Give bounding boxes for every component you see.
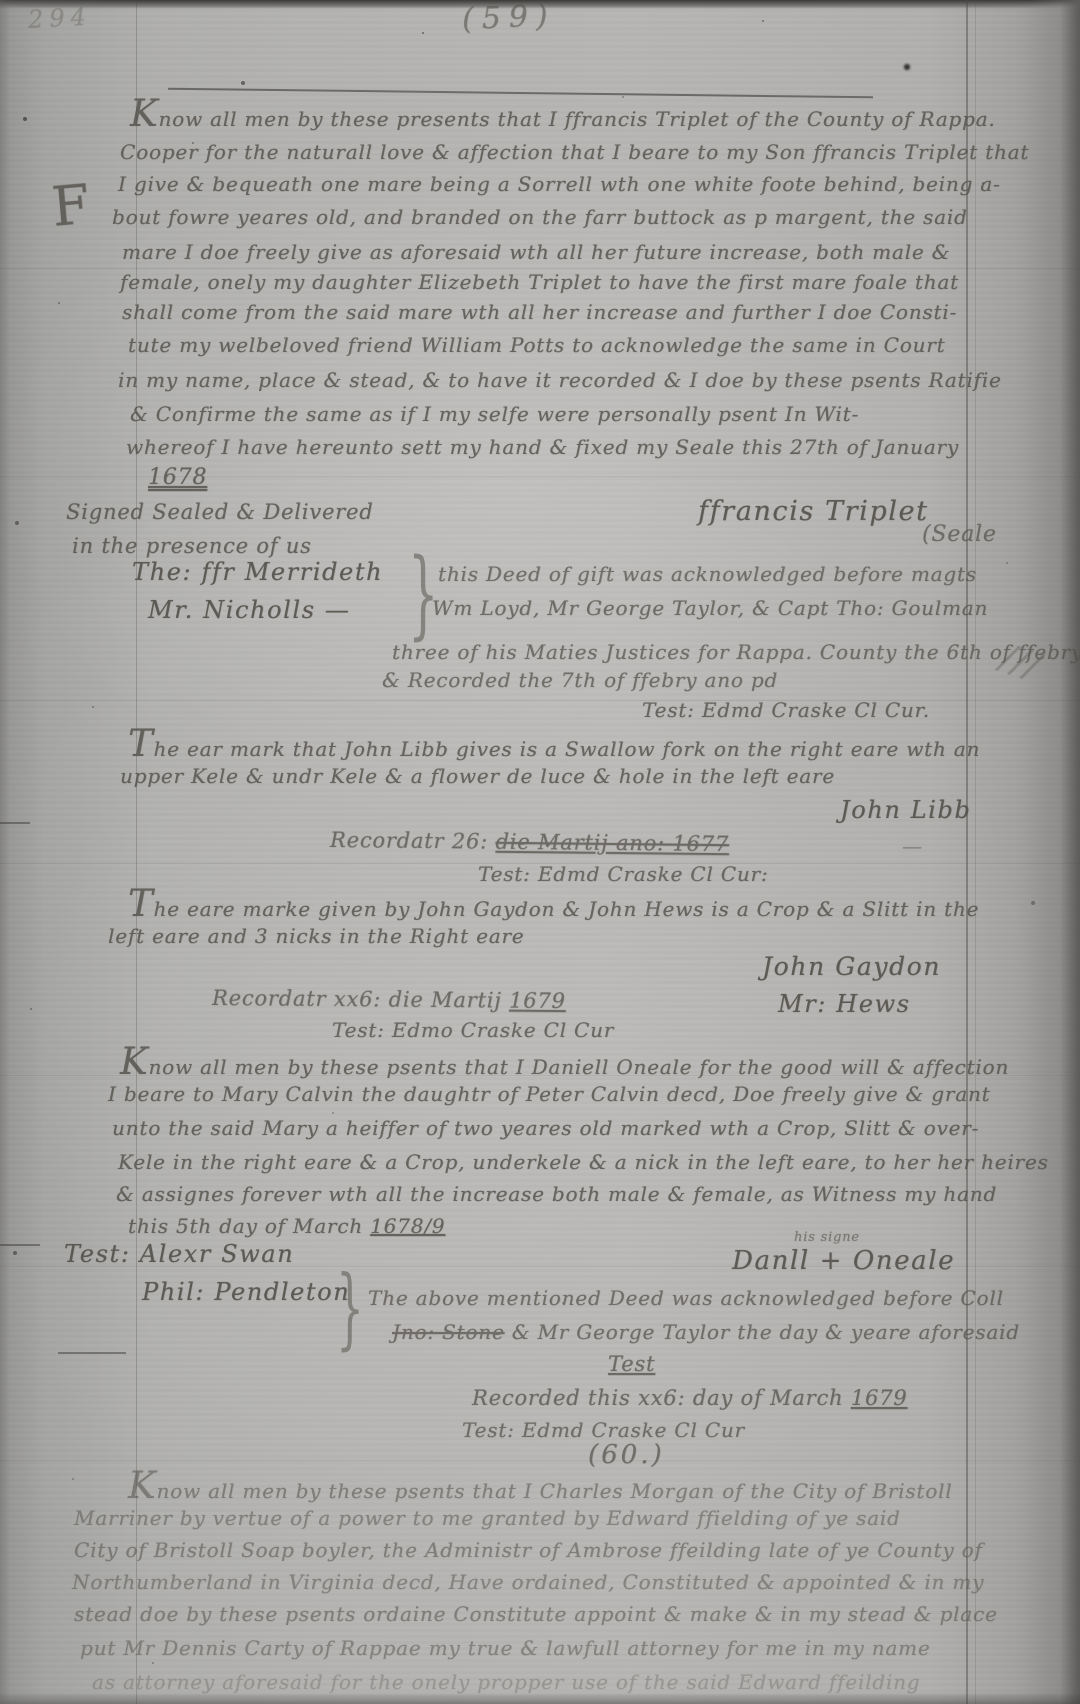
manuscript-line: The eare marke given by John Gaydon & Jo…: [128, 890, 979, 921]
recorded-prefix: Recordatr 26:: [330, 828, 496, 854]
struck-name-stone: Jno: Stone: [392, 1320, 505, 1344]
page-edge-line-right-faint: [975, 0, 976, 1704]
manuscript-line: unto the said Mary a heiffer of two year…: [112, 1116, 979, 1140]
manuscript-line: & assignes forever wth all the increase …: [116, 1182, 997, 1206]
manuscript-line: as attorney aforesaid for the onely prop…: [92, 1670, 920, 1694]
manuscript-line: City of Bristoll Soap boyler, the Admini…: [74, 1538, 983, 1562]
film-specks: [0, 0, 2, 2]
manuscript-line: Cooper for the naturall love & affection…: [120, 140, 1029, 164]
manuscript-line: shall come from the said mare wth all he…: [122, 300, 957, 324]
recorded-year: 1679: [851, 1386, 908, 1410]
recorded-prefix: Recordatr xx6: die Martij: [212, 986, 509, 1013]
test-word: Test: [608, 1352, 655, 1376]
acknowledgment-line: The above mentioned Deed was acknowledge…: [368, 1286, 1004, 1310]
manuscript-line: whereof I have hereunto sett my hand & f…: [126, 435, 959, 459]
recorded-struck-date: die Martij ano: 1677: [495, 830, 729, 856]
acknowledgment-line: Wm Loyd, Mr George Taylor, & Capt Tho: G…: [432, 596, 988, 620]
film-edge-left: [0, 0, 10, 1704]
manuscript-line: The ear mark that John Libb gives is a S…: [128, 730, 980, 761]
margin-dash: [58, 1352, 126, 1354]
seal-note: (Seale: [922, 522, 997, 547]
margin-dash: [0, 822, 30, 824]
signature-daniell-oneale: Danll + Oneale: [732, 1246, 955, 1276]
mark-label: his signe: [794, 1230, 860, 1245]
manuscript-line: Know all men by these presents that I ff…: [130, 100, 996, 131]
manuscript-line: tute my welbeloved friend William Potts …: [128, 333, 945, 357]
manuscript-line: I beare to Mary Calvin the daughtr of Pe…: [108, 1082, 990, 1106]
scan-streak: [0, 1460, 1080, 1461]
witness-bracket: }: [408, 538, 439, 650]
witness-alex-swan: Test: Alexr Swan: [64, 1240, 294, 1268]
recorded-line-dash: —: [902, 834, 923, 858]
manuscript-scan-page: 294 (59) F Know all men by these present…: [0, 0, 1080, 1704]
manuscript-line: left eare and 3 nicks in the Right eare: [108, 924, 524, 948]
deed-year: 1678: [148, 465, 207, 490]
margin-letter-f: F: [49, 173, 93, 239]
manuscript-line: put Mr Dennis Carty of Rappae my true & …: [80, 1636, 930, 1660]
witness-phil-pendleton: Phil: Pendleton: [142, 1278, 350, 1306]
signature-hews: Mr: Hews: [778, 990, 911, 1018]
clerk-test-line: Test: Edmd Craske Cl Cur: [462, 1418, 745, 1442]
deed-date-line: this 5th day of March 1678/9: [128, 1214, 445, 1238]
manuscript-line: Marriner by vertue of a power to me gran…: [74, 1506, 901, 1530]
folio-number: (59): [461, 0, 556, 37]
manuscript-line: I give & bequeath one mare being a Sorre…: [118, 172, 1001, 196]
recorded-prefix: Recorded this xx6: day of March: [472, 1386, 851, 1410]
recorded-line: Recordatr 26: die Martij ano: 1677: [330, 828, 729, 856]
recorded-line: Recorded this xx6: day of March 1679: [472, 1386, 907, 1410]
date-year: 1678/9: [370, 1214, 445, 1238]
manuscript-line: mare I doe freely give as aforesaid wth …: [122, 240, 950, 264]
acknowledgment-line: & Recorded the 7th of ffebry ano pd: [382, 668, 778, 692]
signed-sealed-line: Signed Sealed & Delivered: [66, 500, 373, 524]
page-edge-line-right: [966, 0, 968, 1704]
folio-number-2: (60.): [588, 1440, 665, 1470]
manuscript-line: Kele in the right eare & a Crop, underke…: [118, 1150, 1049, 1174]
acknowledgment-line: three of his Maties Justices for Rappa. …: [392, 640, 1080, 664]
manuscript-line: bout fowre yeares old, and branded on th…: [112, 205, 968, 229]
manuscript-line: & Confirme the same as if I my selfe wer…: [130, 402, 859, 426]
clerk-test-line: Test: Edmo Craske Cl Cur: [332, 1018, 614, 1042]
witness-merrideth: The: ffr Merrideth: [132, 558, 383, 586]
signature-francis-triplet: ffrancis Triplet: [698, 496, 928, 527]
clerk-test-line: Test: Edmd Craske Cl Cur:: [478, 862, 768, 886]
clerk-test-line: Test: Edmd Craske Cl Cur.: [642, 698, 930, 722]
recorded-line: Recordatr xx6: die Martij 1679: [212, 986, 566, 1013]
acknowledgment-rest: & Mr George Taylor the day & yeare afore…: [505, 1320, 1020, 1344]
witness-bracket: }: [336, 1256, 364, 1359]
manuscript-line: female, onely my daughter Elizebeth Trip…: [120, 270, 959, 294]
recorded-year: 1679: [509, 989, 566, 1013]
manuscript-line: Know all men by these psents that I Dani…: [120, 1048, 1009, 1079]
manuscript-line: Northumberland in Virginia decd, Have or…: [72, 1570, 984, 1594]
presence-line: in the presence of us: [72, 534, 312, 558]
margin-dash: [0, 1244, 40, 1246]
film-frame-number: 294: [27, 3, 92, 34]
manuscript-line: stead doe by these psents ordaine Consti…: [74, 1602, 998, 1626]
acknowledgment-line: Jno: Stone & Mr George Taylor the day & …: [392, 1320, 1020, 1344]
film-edge-right: [1030, 0, 1080, 1704]
manuscript-line: Know all men by these psents that I Char…: [128, 1472, 952, 1503]
date-prefix: this 5th day of March: [128, 1214, 370, 1238]
acknowledgment-line: this Deed of gift was acknowledged befor…: [438, 562, 977, 586]
manuscript-line: in my name, place & stead, & to have it …: [118, 368, 1002, 392]
scratch-line: [168, 88, 873, 98]
signature-john-gaydon: John Gaydon: [762, 952, 941, 981]
signature-john-libb: John Libb: [840, 796, 971, 824]
witness-nicholls: Mr. Nicholls —: [148, 596, 350, 624]
scan-streak: [0, 268, 1080, 269]
manuscript-line: upper Kele & undr Kele & a flower de luc…: [120, 764, 835, 788]
